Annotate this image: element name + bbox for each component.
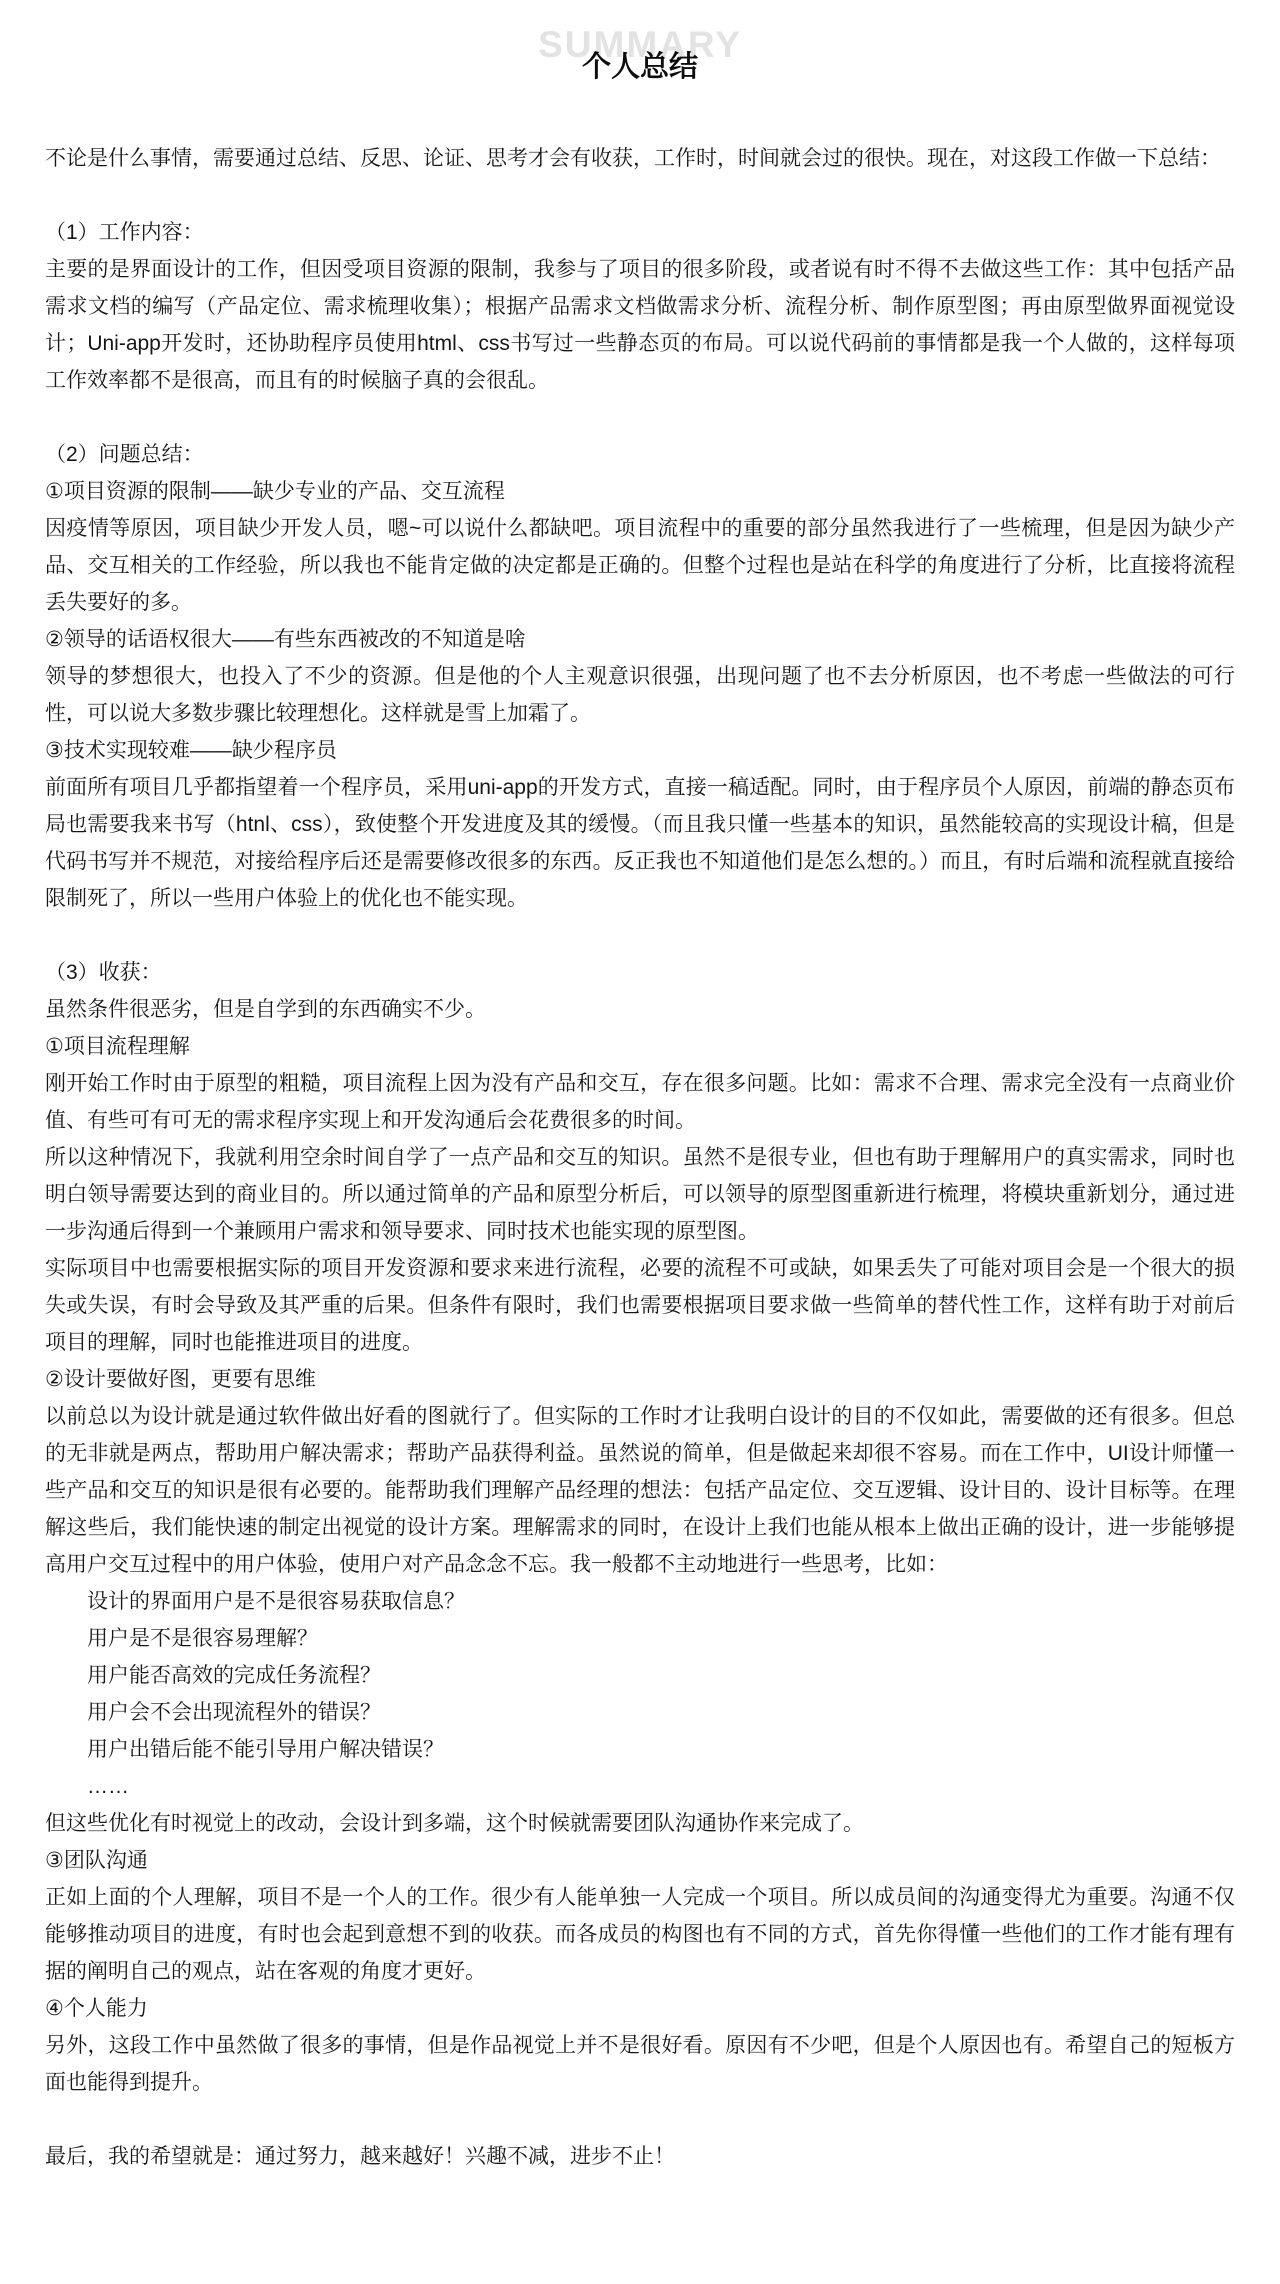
- problem-2-paragraph: 领导的梦想很大，也投入了不少的资源。但是他的个人主观意识很强，出现问题了也不去分…: [45, 658, 1235, 732]
- summary-document-page: SUMMARY 个人总结 不论是什么事情，需要通过总结、反思、论证、思考才会有收…: [0, 0, 1280, 2284]
- section-1-heading: （1）工作内容：: [45, 214, 1235, 251]
- page-title: 个人总结: [582, 50, 698, 84]
- document-header: SUMMARY 个人总结: [0, 0, 1280, 84]
- gain-4-subheading: ④个人能力: [45, 1990, 1235, 2027]
- closing-paragraph: 最后，我的希望就是：通过努力，越来越好！兴趣不减，进步不止！: [45, 2138, 1235, 2175]
- gain-1-paragraph-b: 所以这种情况下，我就利用空余时间自学了一点产品和交互的知识。虽然不是很专业，但也…: [45, 1139, 1235, 1250]
- document-body: 不论是什么事情，需要通过总结、反思、论证、思考才会有收获，工作时，时间就会过的很…: [0, 140, 1280, 2175]
- blank-line: [45, 177, 1235, 214]
- gain-2-paragraph: 以前总以为设计就是通过软件做出好看的图就行了。但实际的工作时才让我明白设计的目的…: [45, 1398, 1235, 1583]
- gain-1-subheading: ①项目流程理解: [45, 1028, 1235, 1065]
- gain-3-paragraph: 正如上面的个人理解，项目不是一个人的工作。很少有人能单独一人完成一个项目。所以成…: [45, 1879, 1235, 1990]
- gain-4-paragraph: 另外，这段工作中虽然做了很多的事情，但是作品视觉上并不是很好看。原因有不少吧，但…: [45, 2027, 1235, 2101]
- gain-3-subheading: ③团队沟通: [45, 1842, 1235, 1879]
- ellipsis-line: ……: [45, 1768, 1235, 1805]
- design-question-item: 用户出错后能不能引导用户解决错误？: [45, 1731, 1235, 1768]
- page-title-text: 个人总结: [582, 51, 698, 83]
- blank-line: [45, 917, 1235, 954]
- section-3-heading: （3）收获：: [45, 954, 1235, 991]
- design-question-item: 用户能否高效的完成任务流程？: [45, 1657, 1235, 1694]
- problem-1-subheading: ①项目资源的限制——缺少专业的产品、交互流程: [45, 473, 1235, 510]
- section-1-paragraph: 主要的是界面设计的工作，但因受项目资源的限制，我参与了项目的很多阶段，或者说有时…: [45, 251, 1235, 399]
- problem-3-paragraph: 前面所有项目几乎都指望着一个程序员，采用uni-app的开发方式，直接一稿适配。…: [45, 769, 1235, 917]
- gain-2-subheading: ②设计要做好图，更要有思维: [45, 1361, 1235, 1398]
- gain-1-paragraph-a: 刚开始工作时由于原型的粗糙，项目流程上因为没有产品和交互，存在很多问题。比如：需…: [45, 1065, 1235, 1139]
- section-2-heading: （2）问题总结：: [45, 436, 1235, 473]
- blank-line: [45, 2101, 1235, 2138]
- blank-line: [45, 399, 1235, 436]
- design-question-item: 设计的界面用户是不是很容易获取信息？: [45, 1583, 1235, 1620]
- design-question-item: 用户是不是很容易理解？: [45, 1620, 1235, 1657]
- problem-1-paragraph: 因疫情等原因，项目缺少开发人员，嗯~可以说什么都缺吧。项目流程中的重要的部分虽然…: [45, 510, 1235, 621]
- intro-paragraph: 不论是什么事情，需要通过总结、反思、论证、思考才会有收获，工作时，时间就会过的很…: [45, 140, 1235, 177]
- gain-2-closing-paragraph: 但这些优化有时视觉上的改动，会设计到多端，这个时候就需要团队沟通协作来完成了。: [45, 1805, 1235, 1842]
- title-row: 个人总结: [0, 50, 1280, 84]
- gains-intro-paragraph: 虽然条件很恶劣，但是自学到的东西确实不少。: [45, 991, 1235, 1028]
- problem-2-subheading: ②领导的话语权很大——有些东西被改的不知道是啥: [45, 621, 1235, 658]
- design-question-item: 用户会不会出现流程外的错误？: [45, 1694, 1235, 1731]
- problem-3-subheading: ③技术实现较难——缺少程序员: [45, 732, 1235, 769]
- gain-1-paragraph-c: 实际项目中也需要根据实际的项目开发资源和要求来进行流程，必要的流程不可或缺，如果…: [45, 1250, 1235, 1361]
